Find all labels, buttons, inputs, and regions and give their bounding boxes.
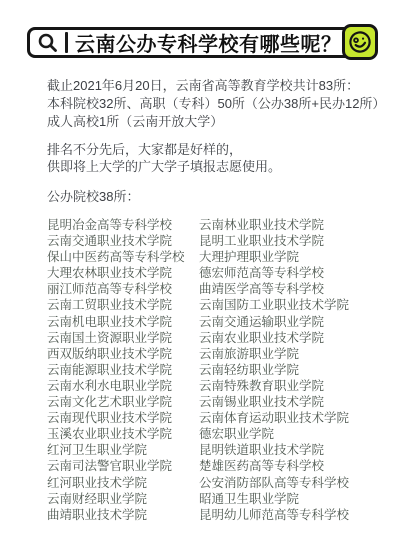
winking-smiley-icon — [345, 27, 375, 57]
school-list-item: 曲靖医学高等专科学校 — [199, 281, 349, 297]
school-list-item: 云南财经职业学院 — [47, 491, 185, 507]
page-background: 云南公办专科学校有哪些呢？ 截止2021年6月20日，云南省高等教育学校共计83… — [0, 0, 400, 533]
school-list-item: 云南旅游职业学院 — [199, 346, 349, 362]
school-list-item: 昆明工业职业技术学院 — [199, 233, 349, 249]
intro-line-3: 成人高校1所（云南开放大学） — [47, 113, 385, 131]
intro-line-1: 截止2021年6月20日，云南省高等教育学校共计83所： — [47, 77, 385, 95]
school-list-item: 云南能源职业技术学院 — [47, 362, 185, 378]
note-paragraph: 排名不分先后，大家都是好样的， 供即将上大学的广大学子填报志愿使用。 — [47, 141, 281, 175]
school-list-item: 昆明铁道职业技术学院 — [199, 442, 349, 458]
school-list-item: 云南特殊教育职业学院 — [199, 378, 349, 394]
page-title: 云南公办专科学校有哪些呢？ — [75, 28, 342, 57]
school-list-item: 云南文化艺术职业学院 — [47, 394, 185, 410]
school-list-item: 西双版纳职业技术学院 — [47, 346, 185, 362]
school-list-item: 云南交通运输职业学院 — [199, 314, 349, 330]
school-list-item: 昆明冶金高等专科学校 — [47, 217, 185, 233]
school-list-item: 云南轻纺职业学院 — [199, 362, 349, 378]
school-list-item: 红河卫生职业学院 — [47, 442, 185, 458]
school-list-item: 楚雄医药高等专科学校 — [199, 458, 349, 474]
school-list-item: 红河职业技术学院 — [47, 475, 185, 491]
note-line-2: 供即将上大学的广大学子填报志愿使用。 — [47, 158, 281, 175]
school-list-item: 云南林业职业技术学院 — [199, 217, 349, 233]
school-list-item: 昭通卫生职业学院 — [199, 491, 349, 507]
school-list-item: 德宏师范高等专科学校 — [199, 265, 349, 281]
school-list-right-column: 云南林业职业技术学院昆明工业职业技术学院大理护理职业学院德宏师范高等专科学校曲靖… — [199, 217, 349, 523]
school-list-item: 云南工贸职业技术学院 — [47, 297, 185, 313]
school-list-item: 大理护理职业学院 — [199, 249, 349, 265]
school-list-item: 云南锡业职业技术学院 — [199, 394, 349, 410]
school-list-item: 云南体育运动职业技术学院 — [199, 410, 349, 426]
school-list-item: 云南交通职业技术学院 — [47, 233, 185, 249]
school-list-item: 大理农林职业技术学院 — [47, 265, 185, 281]
school-list-item: 德宏职业学院 — [199, 426, 349, 442]
intro-paragraph: 截止2021年6月20日，云南省高等教育学校共计83所： 本科院校32所、高职（… — [47, 77, 385, 131]
school-list-item: 云南国土资源职业学院 — [47, 330, 185, 346]
school-list-item: 云南机电职业技术学院 — [47, 314, 185, 330]
school-list-item: 云南农业职业技术学院 — [199, 330, 349, 346]
smiley-badge — [342, 24, 378, 60]
school-list-item: 云南国防工业职业技术学院 — [199, 297, 349, 313]
intro-line-2: 本科院校32所、高职（专科）50所（公办38所+民办12所） — [47, 95, 385, 113]
search-bar[interactable]: 云南公办专科学校有哪些呢？ — [27, 27, 360, 58]
school-list-left-column: 昆明冶金高等专科学校云南交通职业技术学院保山中医药高等专科学校大理农林职业技术学… — [47, 217, 185, 523]
school-list-item: 云南司法警官职业学院 — [47, 458, 185, 474]
school-list-item: 昆明幼儿师范高等专科学校 — [199, 507, 349, 523]
school-list-item: 云南现代职业技术学院 — [47, 410, 185, 426]
school-list-item: 保山中医药高等专科学校 — [47, 249, 185, 265]
school-list-item: 公安消防部队高等专科学校 — [199, 475, 349, 491]
school-list-item: 玉溪农业职业技术学院 — [47, 426, 185, 442]
text-cursor-divider — [65, 32, 68, 53]
school-list-item: 曲靖职业技术学院 — [47, 507, 185, 523]
list-header: 公办院校38所： — [47, 188, 139, 206]
note-line-1: 排名不分先后，大家都是好样的， — [47, 141, 281, 158]
school-list-item: 丽江师范高等专科学校 — [47, 281, 185, 297]
search-icon — [37, 32, 59, 54]
school-list-item: 云南水利水电职业学院 — [47, 378, 185, 394]
